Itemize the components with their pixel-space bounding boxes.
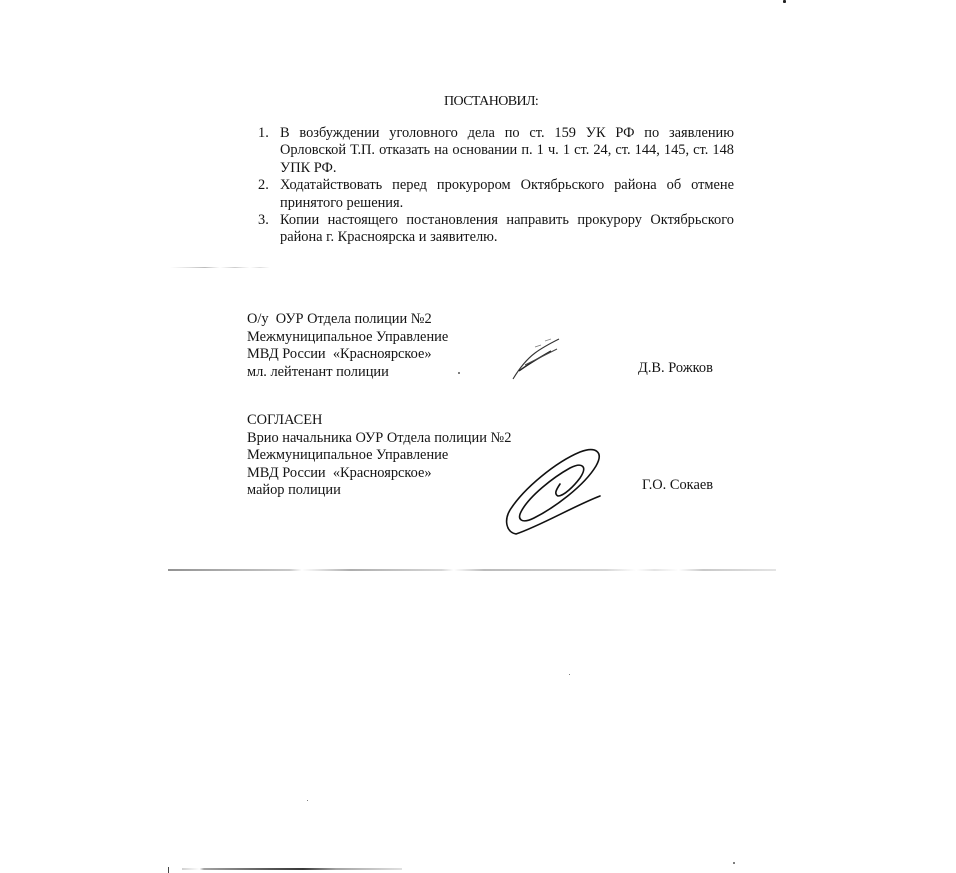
resolution-item: 3.Копии настоящего постановления направи… [258, 212, 734, 247]
resolution-item-text: Ходатайствовать перед прокурором Октябрь… [280, 177, 734, 210]
signature-icon [500, 444, 610, 539]
resolution-item: 2.Ходатайствовать перед прокурором Октяб… [258, 177, 734, 212]
scan-artifact [170, 267, 270, 268]
signatory-1-name: Д.В. Рожков [638, 360, 713, 377]
signatory-1-line: О/у ОУР Отдела полиции №2 [247, 311, 448, 329]
scan-speck [783, 0, 786, 3]
signatory-1-line: мл. лейтенант полиции [247, 364, 448, 382]
signatory-1-block: О/у ОУР Отдела полиции №2 Межмуниципальн… [247, 311, 448, 381]
signatory-2-block: СОГЛАСЕН Врио начальника ОУР Отдела поли… [247, 412, 511, 500]
signatory-1-line: МВД России «Красноярское» [247, 346, 448, 364]
signatory-2-name: Г.О. Сокаев [642, 477, 713, 494]
resolution-item: 1.В возбуждении уголовного дела по ст. 1… [258, 125, 734, 177]
document-heading: ПОСТАНОВИЛ: [444, 94, 538, 110]
signatory-2-line: майор полиции [247, 482, 511, 500]
scan-artifact [168, 569, 776, 571]
scan-artifact [182, 868, 402, 870]
scan-speck [569, 674, 570, 675]
scan-speck [733, 862, 735, 864]
approval-label: СОГЛАСЕН [247, 412, 511, 430]
scan-speck [458, 372, 460, 374]
resolution-item-text: Копии настоящего постановления направить… [280, 212, 734, 245]
resolution-list: 1.В возбуждении уголовного дела по ст. 1… [258, 125, 734, 247]
signatory-2-line: Врио начальника ОУР Отдела полиции №2 [247, 430, 511, 448]
scan-artifact [168, 867, 169, 873]
signatory-2-line: МВД России «Красноярское» [247, 465, 511, 483]
resolution-item-text: В возбуждении уголовного дела по ст. 159… [280, 125, 734, 176]
signatory-2-line: Межмуниципальное Управление [247, 447, 511, 465]
signature-icon [505, 333, 575, 383]
scan-speck [307, 800, 308, 801]
signatory-1-line: Межмуниципальное Управление [247, 329, 448, 347]
